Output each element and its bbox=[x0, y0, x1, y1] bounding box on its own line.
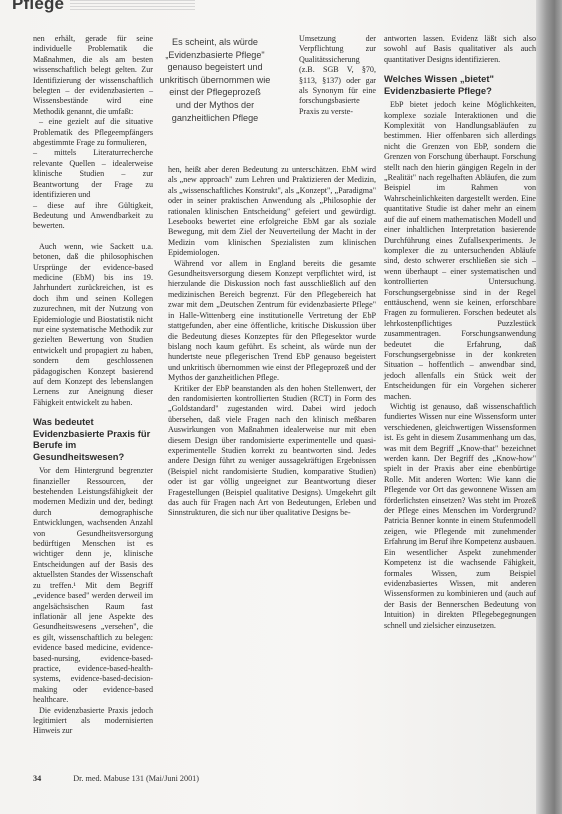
header-rule-lines bbox=[70, 0, 195, 12]
pull-quote-line: einst der Pflegeprozeß bbox=[156, 86, 274, 99]
pull-quote-line: ganzheitlichen Pflege bbox=[156, 112, 274, 125]
column-2: hen, heißt aber deren Bedeutung zu unter… bbox=[168, 165, 376, 519]
page-header: Pflege bbox=[0, 0, 200, 14]
pull-quote-line: unkritisch übernommen wie bbox=[156, 74, 274, 87]
document-page: Pflege nen erhält, gerade für seine indi… bbox=[0, 0, 540, 814]
paragraph: Umsetzung der Verpflichtung zur Qualität… bbox=[299, 34, 376, 117]
paragraph: EbP bietet jedoch keine Möglichkeiten, k… bbox=[384, 100, 536, 402]
paragraph: antworten lassen. Evidenz läßt sich also… bbox=[384, 34, 536, 65]
pull-quote-line: „Evidenzbasierte Pflege" bbox=[156, 49, 274, 62]
page-footer: 34 Dr. med. Mabuse 131 (Mai/Juni 2001) bbox=[33, 774, 393, 783]
paragraph: – diese auf ihre Gültigkeit, Bedeutung u… bbox=[33, 201, 153, 232]
paragraph: nen erhält, gerade für seine individuell… bbox=[33, 34, 153, 117]
column-1: nen erhält, gerade für seine individuell… bbox=[33, 34, 153, 737]
section-title: Pflege bbox=[12, 0, 64, 14]
paragraph: Auch wenn, wie Sackett u.a. betonen, daß… bbox=[33, 242, 153, 409]
paragraph: hen, heißt aber deren Bedeutung zu unter… bbox=[168, 165, 376, 259]
paragraph: – eine gezielt auf die situative Problem… bbox=[33, 117, 153, 148]
subheading: Was bedeutet Evidenzbasierte Praxis für … bbox=[33, 416, 153, 462]
pull-quote-line: und der Mythos der bbox=[156, 99, 274, 112]
paragraph: Kritiker der EbP beanstanden als den hoh… bbox=[168, 384, 376, 519]
book-spine-shadow bbox=[536, 0, 562, 814]
paragraph: Wichtig ist genauso, daß wissenschaftlic… bbox=[384, 402, 536, 631]
pull-quote-line: genauso begeistert und bbox=[156, 61, 274, 74]
paragraph: Während vor allem in England bereits die… bbox=[168, 259, 376, 384]
column-2-upper: Umsetzung der Verpflichtung zur Qualität… bbox=[299, 34, 376, 117]
subheading: Welches Wissen „bietet" Evidenzbasierte … bbox=[384, 73, 536, 96]
pull-quote-line: Es scheint, als würde bbox=[156, 36, 274, 49]
publication-info: Dr. med. Mabuse 131 (Mai/Juni 2001) bbox=[73, 774, 199, 783]
paragraph: Vor dem Hintergrund begrenzter finanziel… bbox=[33, 466, 153, 705]
page-number: 34 bbox=[33, 774, 41, 783]
paragraph: Die evidenzbasierte Praxis jedoch legiti… bbox=[33, 706, 153, 737]
column-3: antworten lassen. Evidenz läßt sich also… bbox=[384, 34, 536, 631]
pull-quote: Es scheint, als würde „Evidenzbasierte P… bbox=[156, 36, 274, 124]
paragraph: – mittels Literaturrecherche relevante Q… bbox=[33, 148, 153, 200]
